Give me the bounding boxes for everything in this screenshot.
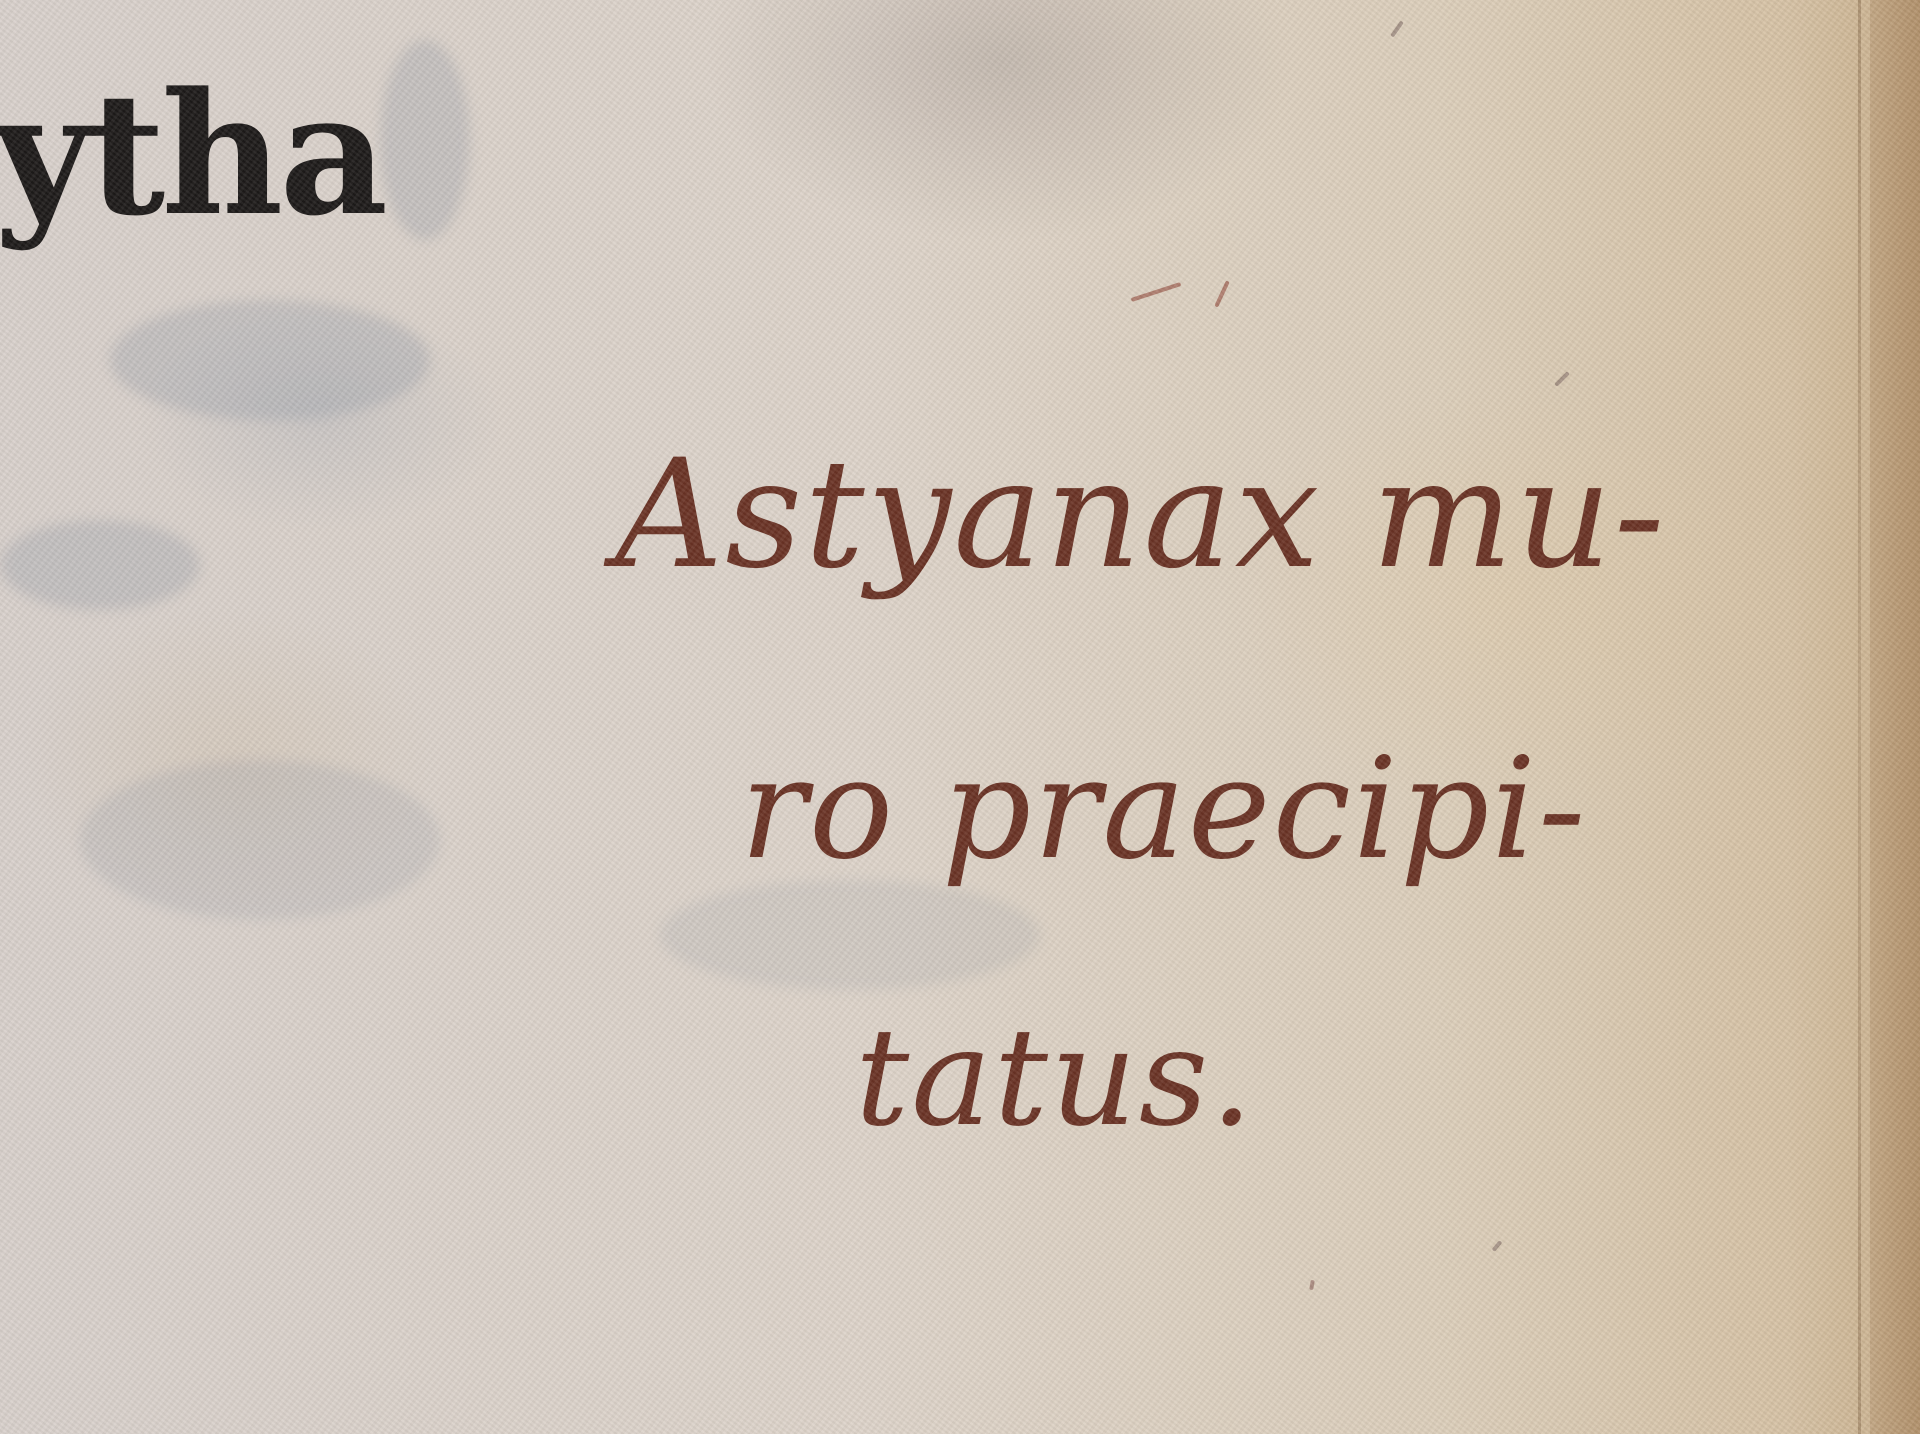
marginal-note-line-3: tatus. <box>855 1010 1255 1145</box>
ink-bleed-through <box>380 40 470 240</box>
paper-page: ytha Astyanax mu- ro praecipi- tatus. <box>0 0 1920 1434</box>
ink-fleck <box>1492 1240 1503 1252</box>
marginal-note-line-1: Astyanax mu- <box>615 440 1667 590</box>
ink-bleed-through <box>660 880 1040 990</box>
ink-fleck <box>1309 1280 1315 1291</box>
ink-bleed-through <box>0 520 200 610</box>
stray-ink-mark <box>1214 280 1229 307</box>
page-gutter-shadow <box>1870 0 1920 1434</box>
stray-ink-mark <box>1131 282 1182 302</box>
ink-fleck <box>1554 371 1570 387</box>
ink-fleck <box>1390 20 1404 37</box>
marginal-note-line-2: ro praecipi- <box>740 740 1587 880</box>
ink-bleed-through <box>80 760 440 920</box>
ink-bleed-through <box>110 300 430 420</box>
page-gutter-line <box>1858 0 1861 1434</box>
printed-word-fragment: ytha <box>0 70 384 238</box>
